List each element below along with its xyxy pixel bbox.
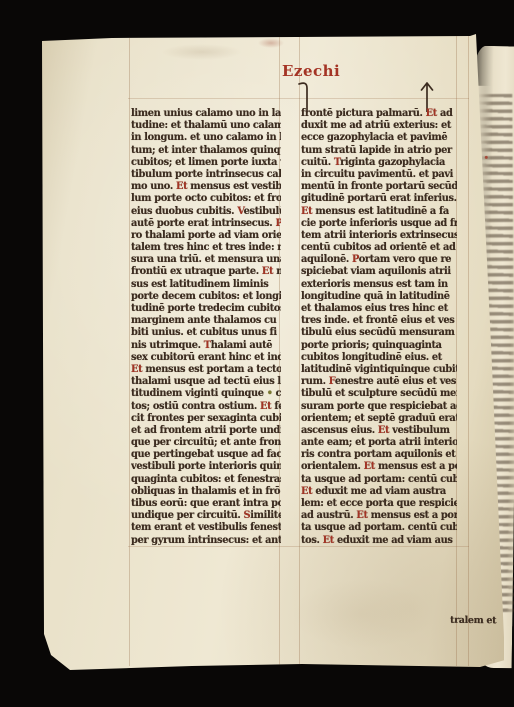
text-segment: aquilonē. [301, 254, 352, 265]
text-line: centū cubitos ad orientē et ad [301, 242, 457, 254]
text-segment: tos; ostiū contra ostium. [131, 401, 260, 412]
text-line: tres inde. et frontē eius et ves [301, 315, 457, 327]
text-segment: estibulū [244, 206, 281, 217]
text-column-right: frontē pictura palmarū. Et adduxit me ad… [301, 108, 457, 550]
manuscript-page: Ezechi limen unius calamo uno in latitud… [42, 34, 504, 670]
rubricated-text: Et [426, 108, 437, 119]
photo-background: Ezechi limen unius calamo uno in latitud… [0, 0, 514, 707]
text-line: obliquas in thalamis et in frō [131, 486, 281, 498]
text-segment: rum. [301, 376, 329, 387]
text-line: et thalamos eius tres hinc et [301, 303, 457, 315]
text-segment: ortam vero que re [359, 254, 451, 265]
text-line: tibulū eius secūdū mensuram [301, 327, 457, 339]
text-line: Et mensus est portam a tecto [131, 364, 281, 376]
text-segment: orientalem. [301, 461, 364, 472]
text-line: limen unius calamo uno in lati [131, 108, 281, 120]
text-segment: mensus est vestibu [187, 181, 281, 192]
text-line: ro thalami porte ad viam orien [131, 230, 281, 242]
text-line: in circuitu pavimentū. et pavi [301, 169, 457, 181]
text-segment: ad austrū. [301, 510, 356, 521]
text-segment: mensus est a por [375, 461, 457, 472]
text-line: ascensus eius. Et vestibulum [301, 425, 457, 437]
text-segment: eduxit me ad viam aus [334, 535, 453, 546]
text-segment: nis utrimque. [131, 340, 204, 351]
rubricated-text: T [204, 340, 211, 351]
rubricated-text: Et [301, 206, 312, 217]
text-segment: tos. [301, 535, 323, 546]
ruling-line-vertical [129, 36, 130, 666]
text-line: tem atrii interioris extrinsecus. [301, 230, 457, 242]
text-line: que pertingebat usque ad faciem [131, 449, 281, 461]
ruling-line-vertical [468, 36, 469, 666]
text-segment: halami autē [211, 340, 272, 351]
text-line: que per circuitū; et ante frontē porte [131, 437, 281, 449]
rubricated-text: P [275, 218, 281, 229]
text-line: autē porte erat intrinsecus. Por [131, 218, 281, 230]
catchword: tralem et [450, 615, 496, 626]
text-line: lum porte octo cubitos: et frontē [131, 193, 281, 205]
text-segment: vestibulum [389, 425, 449, 436]
text-line: frontē pictura palmarū. Et ad [301, 108, 457, 120]
text-line: marginem ante thalamos cu [131, 315, 281, 327]
text-line: tudine: et thalamū uno calamo [131, 120, 281, 132]
text-line: ecce gazophylacia et pavimē [301, 132, 457, 144]
text-line: ris contra portam aquilonis et [301, 449, 457, 461]
text-line: nis utrimque. Thalami autē [131, 340, 281, 352]
text-line: porte decem cubitos: et longi [131, 291, 281, 303]
text-segment: mensus est a por [368, 510, 457, 521]
text-line: cubitos longitudinē eius. et [301, 352, 457, 364]
text-line: undique per circuitū. Similiter au [131, 510, 281, 522]
rubricated-text: P [352, 254, 359, 265]
text-line: exterioris mensus est tam in [301, 279, 457, 291]
rubricated-text: Et [323, 535, 334, 546]
rubricated-text: Et [378, 425, 389, 436]
text-line: frontiū ex utraque parte. Et mē [131, 266, 281, 278]
text-line: Et mensus est latitudinē a fa [301, 206, 457, 218]
text-line: et ad frontem atrii porte undi [131, 425, 281, 437]
text-segment: mensus est latitudinē a fa [312, 206, 449, 217]
stain [162, 44, 242, 60]
text-line: tos. Et eduxit me ad viam aus [301, 535, 457, 547]
text-line: tibulum porte intrinsecus cala [131, 169, 281, 181]
text-segment: autē porte erat intrinsecus. [131, 218, 275, 229]
rubricated-text: Et [262, 266, 273, 277]
text-line: sura una triū. et mensura una [131, 254, 281, 266]
text-line: lem: et ecce porta que respiciebat [301, 498, 457, 510]
text-line: tibulū et sculpture secūdū men [301, 388, 457, 400]
text-line: ta usque ad portam: centū cubitos. [301, 474, 457, 486]
text-line: sex cubitorū erant hinc et inde. [131, 352, 281, 364]
rubricated-text: Et [176, 181, 187, 192]
text-line: titudinem viginti quinque • cubi [131, 388, 281, 400]
text-line: cie porte inferioris usque ad frō [301, 218, 457, 230]
text-line: gitudinē portarū erat inferius. [301, 193, 457, 205]
text-line: tum stratū lapide in atrio per [301, 145, 457, 157]
text-line: tos; ostiū contra ostium. Et fe [131, 401, 281, 413]
text-line: longitudine quā in latitudinē [301, 291, 457, 303]
text-line: tibus eorū: que erant intra portā [131, 498, 281, 510]
text-segment: mo uno. [131, 181, 176, 192]
text-line: per gyrum intrinsecus: et ante [131, 535, 281, 547]
text-line: ad austrū. Et mensus est a por [301, 510, 457, 522]
text-line: Et eduxit me ad viam austra [301, 486, 457, 498]
stain [258, 38, 284, 48]
text-line: orientem; et septē graduū erat [301, 413, 457, 425]
text-segment: frontē pictura palmarū. [301, 108, 426, 119]
text-segment: cubi [273, 388, 281, 399]
text-line: eius duobus cubitis. Vestibulū [131, 206, 281, 218]
text-line: thalami usque ad tectū eius la [131, 376, 281, 388]
text-line: porte prioris; quinquaginta [301, 340, 457, 352]
text-line: mo uno. Et mensus est vestibu [131, 181, 281, 193]
text-line: in longum. et uno calamo in la [131, 132, 281, 144]
rubricated-text: Et [301, 486, 312, 497]
text-line: suram porte que respiciebat ad [301, 401, 457, 413]
text-line: ante eam; et porta atrii interio [301, 437, 457, 449]
text-segment: mensus est portam a tecto [142, 364, 281, 375]
text-segment: ascensus eius. [301, 425, 378, 436]
text-segment: enestre autē eius et ves [335, 376, 456, 387]
text-column-left: limen unius calamo uno in latitudine: et… [131, 108, 281, 550]
ruling-line-vertical [299, 36, 300, 666]
text-segment: eduxit me ad viam austra [312, 486, 446, 497]
text-line: sus est latitudinem liminis [131, 279, 281, 291]
text-segment: mē [273, 266, 281, 277]
stain [292, 579, 432, 649]
text-line: latitudinē vigintiquinque cubito [301, 364, 457, 376]
text-line: rum. Fenestre autē eius et ves [301, 376, 457, 388]
rubricated-text: Et [260, 401, 271, 412]
text-segment: frontiū ex utraque parte. [131, 266, 262, 277]
text-line: cit frontes per sexaginta cubitos; [131, 413, 281, 425]
text-line: tem erant et vestibulis fenestre [131, 522, 281, 534]
text-segment: undique per circuitū. [131, 510, 244, 521]
text-line: duxit me ad atriū exterius: et [301, 120, 457, 132]
text-segment: imiliter au [250, 510, 281, 521]
text-segment: fe [271, 401, 281, 412]
text-segment: ad [437, 108, 453, 119]
text-segment: titudinem viginti quinque [131, 388, 267, 399]
text-line: mentū in fronte portarū secūdū lō [301, 181, 457, 193]
text-line: biti unius. et cubitus unus fi [131, 327, 281, 339]
text-line: orientalem. Et mensus est a por [301, 461, 457, 473]
text-line: vestibuli porte interioris quin [131, 461, 281, 473]
text-line: tudinē porte tredecim cubitos; et [131, 303, 281, 315]
rubricated-text: Et [356, 510, 367, 521]
text-line: cubitos; et limen porte iuxta ves [131, 157, 281, 169]
text-line: tum; et inter thalamos quinque [131, 145, 281, 157]
running-title: Ezechi [282, 62, 340, 80]
text-segment: cuitū. [301, 157, 334, 168]
text-segment: eius duobus cubitis. [131, 206, 237, 217]
text-line: spiciebat viam aquilonis atrii [301, 266, 457, 278]
text-line: aquilonē. Portam vero que re [301, 254, 457, 266]
text-line: quaginta cubitos: et fenestras [131, 474, 281, 486]
text-line: cuitū. Triginta gazophylacia [301, 157, 457, 169]
text-line: ta usque ad portam. centū cubi [301, 522, 457, 534]
facing-page-rubric-speck [485, 156, 488, 159]
rubricated-text: Et [364, 461, 375, 472]
text-line: talem tres hinc et tres inde: mē [131, 242, 281, 254]
rubricated-text: Et [131, 364, 142, 375]
text-segment: riginta gazophylacia [340, 157, 445, 168]
